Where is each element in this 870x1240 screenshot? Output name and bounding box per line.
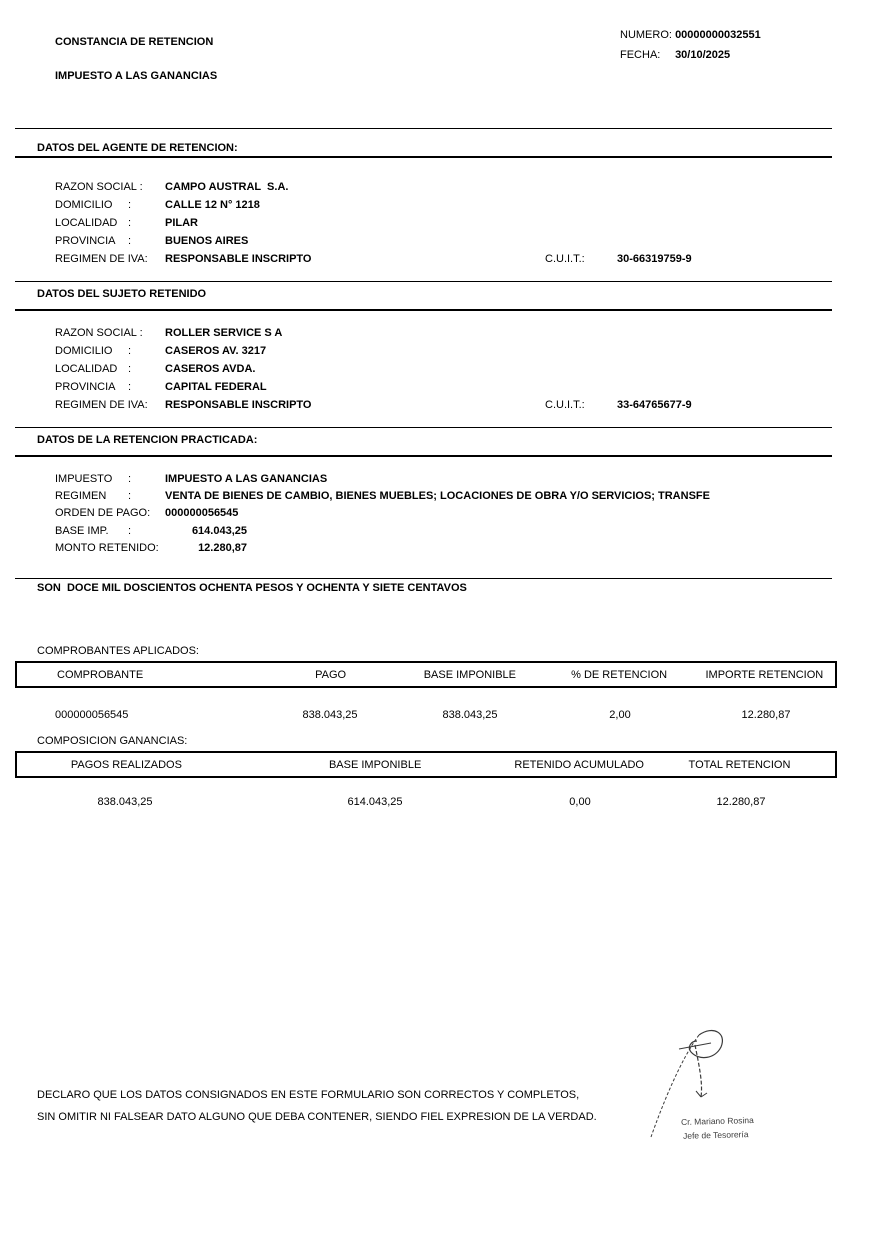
column-header: IMPORTE RETENCION <box>694 669 835 681</box>
fecha-row: FECHA: 30/10/2025 <box>620 49 730 61</box>
field-label: PROVINCIA <box>55 381 128 393</box>
composicion-table: PAGOS REALIZADOS BASE IMPONIBLE RETENIDO… <box>15 751 837 778</box>
column-header: BASE IMPONIBLE <box>236 759 515 771</box>
field-label: BASE IMP. <box>55 525 128 537</box>
field-colon: : <box>128 473 131 485</box>
field-colon: : <box>156 542 159 554</box>
signature-role: Jefe de Tesorería <box>683 1129 749 1141</box>
divider <box>15 281 832 282</box>
field-row: DOMICILIO : CALLE 12 N° 1218 <box>55 199 845 213</box>
field-row: IMPUESTO : IMPUESTO A LAS GANANCIAS <box>55 473 845 487</box>
field-label: DOMICILIO <box>55 199 128 211</box>
signature-name: Cr. Mariano Rosina <box>681 1115 754 1127</box>
declaration-line-1: DECLARO QUE LOS DATOS CONSIGNADOS EN EST… <box>37 1089 579 1101</box>
divider <box>15 427 832 428</box>
divider <box>15 128 832 129</box>
column-header: % DE RETENCION <box>544 669 693 681</box>
constancia-retencion-document: CONSTANCIA DE RETENCION IMPUESTO A LAS G… <box>0 0 870 1240</box>
field-colon: : <box>140 327 143 339</box>
field-value: CAMPO AUSTRAL S.A. <box>165 181 288 193</box>
field-colon: : <box>128 525 131 537</box>
field-row: BASE IMP.: 614.043,25 <box>55 525 845 539</box>
cell-retenido-acumulado: 0,00 <box>515 796 645 808</box>
field-value: BUENOS AIRES <box>165 235 248 247</box>
cell-pagos-realizados: 838.043,25 <box>15 796 235 808</box>
field-value: CASEROS AVDA. <box>165 363 255 375</box>
field-label: PROVINCIA <box>55 235 128 247</box>
section-title-retencion: DATOS DE LA RETENCION PRACTICADA: <box>37 434 257 446</box>
composicion-header-row: PAGOS REALIZADOS BASE IMPONIBLE RETENIDO… <box>15 751 837 778</box>
cell-base-imponible: 838.043,25 <box>395 709 545 721</box>
field-colon: : <box>145 253 148 265</box>
field-colon: : <box>128 345 131 357</box>
divider <box>15 309 832 311</box>
document-subtitle: IMPUESTO A LAS GANANCIAS <box>55 70 217 82</box>
column-header: TOTAL RETENCION <box>644 759 835 771</box>
field-value: CASEROS AV. 3217 <box>165 345 266 357</box>
field-value: RESPONSABLE INSCRIPTO <box>165 399 312 411</box>
field-colon: : <box>128 199 131 211</box>
cuit-label: C.U.I.T.: <box>545 253 585 265</box>
section-title-agente: DATOS DEL AGENTE DE RETENCION: <box>37 142 238 154</box>
field-row: LOCALIDAD : CASEROS AVDA. <box>55 363 845 377</box>
field-row: RAZON SOCIAL : CAMPO AUSTRAL S.A. <box>55 181 845 195</box>
field-row: DOMICILIO : CASEROS AV. 3217 <box>55 345 845 359</box>
field-value: RESPONSABLE INSCRIPTO <box>165 253 312 265</box>
field-colon: : <box>147 507 150 519</box>
comprobantes-header-row: COMPROBANTE PAGO BASE IMPONIBLE % DE RET… <box>15 661 837 688</box>
field-colon: : <box>128 217 131 229</box>
numero-label: NUMERO: <box>620 29 672 41</box>
comprobantes-table: COMPROBANTE PAGO BASE IMPONIBLE % DE RET… <box>15 661 837 688</box>
cell-comprobante: 000000056545 <box>15 709 265 721</box>
amount-in-words: SON DOCE MIL DOSCIENTOS OCHENTA PESOS Y … <box>37 582 467 594</box>
composicion-title: COMPOSICION GANANCIAS: <box>37 735 187 747</box>
field-label: RAZON SOCIAL <box>55 327 140 339</box>
fecha-label: FECHA: <box>620 49 672 61</box>
field-value: VENTA DE BIENES DE CAMBIO, BIENES MUEBLE… <box>165 490 710 502</box>
field-label: RAZON SOCIAL <box>55 181 140 193</box>
field-value: IMPUESTO A LAS GANANCIAS <box>165 473 327 485</box>
divider <box>15 156 832 158</box>
cuit-label: C.U.I.T.: <box>545 399 585 411</box>
field-colon: : <box>140 181 143 193</box>
field-row: REGIMEN DE IVA: RESPONSABLE INSCRIPTO C.… <box>55 253 845 267</box>
field-colon: : <box>128 490 131 502</box>
field-label: IMPUESTO <box>55 473 128 485</box>
section-title-sujeto: DATOS DEL SUJETO RETENIDO <box>37 288 206 300</box>
cuit-value: 30-66319759-9 <box>617 253 692 265</box>
field-colon: : <box>128 235 131 247</box>
column-header: BASE IMPONIBLE <box>395 669 544 681</box>
field-row: RAZON SOCIAL : ROLLER SERVICE S A <box>55 327 845 341</box>
field-label: LOCALIDAD <box>55 217 128 229</box>
field-label: ORDEN DE PAGO <box>55 507 147 519</box>
column-header: PAGOS REALIZADOS <box>17 759 236 771</box>
field-value: CAPITAL FEDERAL <box>165 381 267 393</box>
field-row: PROVINCIA : BUENOS AIRES <box>55 235 845 249</box>
document-title: CONSTANCIA DE RETENCION <box>55 36 213 48</box>
column-header: RETENIDO ACUMULADO <box>514 759 644 771</box>
field-value: ROLLER SERVICE S A <box>165 327 282 339</box>
declaration-line-2: SIN OMITIR NI FALSEAR DATO ALGUNO QUE DE… <box>37 1111 597 1123</box>
field-row: LOCALIDAD : PILAR <box>55 217 845 231</box>
field-colon: : <box>145 399 148 411</box>
column-header: PAGO <box>266 669 395 681</box>
field-value: CALLE 12 N° 1218 <box>165 199 260 211</box>
field-row: MONTO RETENIDO: 12.280,87 <box>55 542 845 556</box>
numero-row: NUMERO: 00000000032551 <box>620 29 761 41</box>
field-label: LOCALIDAD <box>55 363 128 375</box>
field-value: 12.280,87 <box>165 542 247 554</box>
field-label: REGIMEN DE IVA <box>55 399 145 411</box>
cell-base-imponible: 614.043,25 <box>235 796 515 808</box>
divider <box>15 455 832 457</box>
field-label: REGIMEN DE IVA <box>55 253 145 265</box>
field-label: REGIMEN <box>55 490 128 502</box>
numero-value: 00000000032551 <box>675 29 761 41</box>
cell-porcentaje-retencion: 2,00 <box>545 709 695 721</box>
cell-importe-retencion: 12.280,87 <box>695 709 837 721</box>
field-colon: : <box>128 381 131 393</box>
divider <box>15 578 832 579</box>
field-value: PILAR <box>165 217 198 229</box>
fecha-value: 30/10/2025 <box>675 49 730 61</box>
table-row: 000000056545 838.043,25 838.043,25 2,00 … <box>15 708 837 722</box>
field-row: ORDEN DE PAGO: 000000056545 <box>55 507 845 521</box>
field-row: REGIMEN DE IVA: RESPONSABLE INSCRIPTO C.… <box>55 399 845 413</box>
field-label: MONTO RETENIDO <box>55 542 156 554</box>
cuit-value: 33-64765677-9 <box>617 399 692 411</box>
field-row: REGIMEN : VENTA DE BIENES DE CAMBIO, BIE… <box>55 490 845 504</box>
table-row: 838.043,25 614.043,25 0,00 12.280,87 <box>15 795 837 809</box>
field-row: PROVINCIA : CAPITAL FEDERAL <box>55 381 845 395</box>
field-colon: : <box>128 363 131 375</box>
field-value: 000000056545 <box>165 507 238 519</box>
field-label: DOMICILIO <box>55 345 128 357</box>
cell-total-retencion: 12.280,87 <box>645 796 837 808</box>
cell-pago: 838.043,25 <box>265 709 395 721</box>
field-value: 614.043,25 <box>165 525 247 537</box>
column-header: COMPROBANTE <box>17 669 266 681</box>
comprobantes-title: COMPROBANTES APLICADOS: <box>37 645 199 657</box>
